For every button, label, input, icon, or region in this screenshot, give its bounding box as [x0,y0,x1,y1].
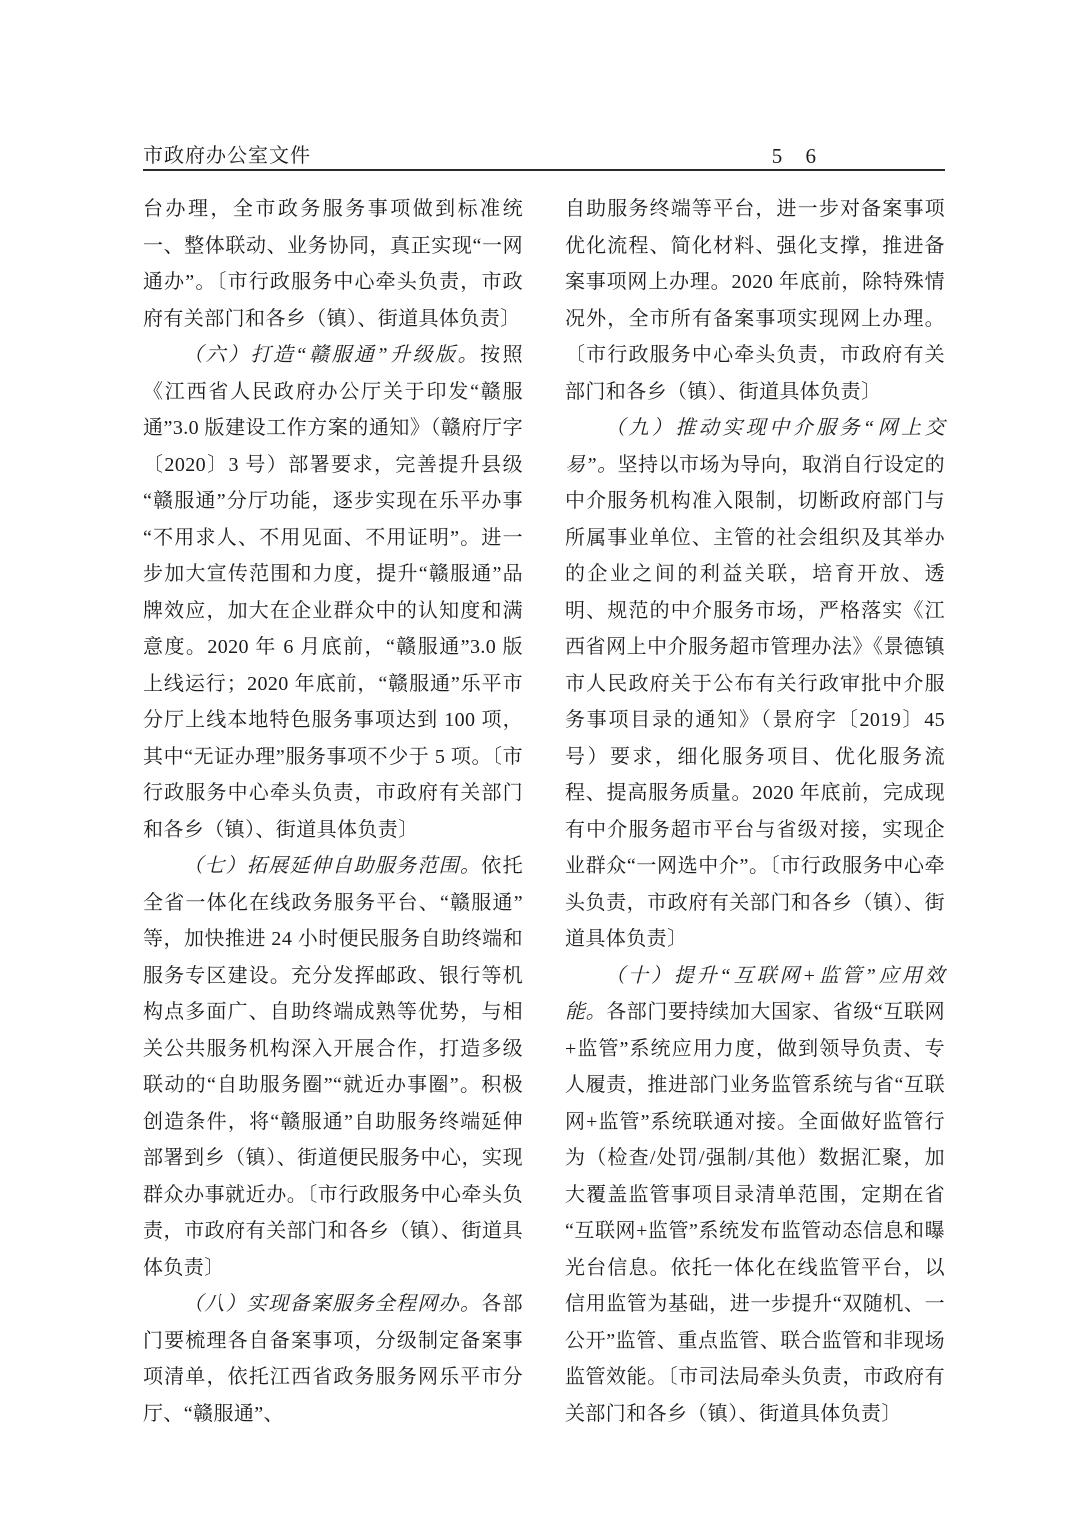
body-text: 坚持以市场为导向，取消自行设定的中介服务机构准入限制，切断政府部门与所属事业单位… [565,454,945,951]
body-text: 依托全省一体化在线政务服务平台、“赣服通”等，加快推进 24 小时便民服务自助终… [143,855,523,1279]
section-heading: （八）实现备案服务全程网办。 [183,1293,481,1315]
paragraph: （六）打造“赣服通”升级版。按照《江西省人民政府办公厅关于印发“赣服通”3.0 … [143,337,523,848]
document-page: 市政府办公室文件 5 6 台办理，全市政务服务事项做到标准统一、整体联动、业务协… [0,0,1074,1520]
body-text: 按照《江西省人民政府办公厅关于印发“赣服通”3.0 版建设工作方案的通知》（赣府… [143,344,523,841]
section-heading: （六）打造“赣服通”升级版。 [183,344,480,366]
body-text: 自助服务终端等平台，进一步对备案事项优化流程、简化材料、强化支撑，推进备案事项网… [565,198,945,403]
paragraph: （七）拓展延伸自助服务范围。依托全省一体化在线政务服务平台、“赣服通”等，加快推… [143,848,523,1286]
page-header: 市政府办公室文件 5 6 [143,140,945,171]
left-column: 台办理，全市政务服务事项做到标准统一、整体联动、业务协同，真正实现“一网通办”。… [143,191,523,1432]
paragraph: 自助服务终端等平台，进一步对备案事项优化流程、简化材料、强化支撑，推进备案事项网… [565,191,945,410]
body-text: 台办理，全市政务服务事项做到标准统一、整体联动、业务协同，真正实现“一网通办”。… [143,198,523,330]
paragraph: （九）推动实现中介服务“网上交易”。坚持以市场为导向，取消自行设定的中介服务机构… [565,410,945,958]
document-header-title: 市政府办公室文件 [143,143,311,169]
paragraph: 台办理，全市政务服务事项做到标准统一、整体联动、业务协同，真正实现“一网通办”。… [143,191,523,337]
section-heading: （七）拓展延伸自助服务范围。 [183,855,481,877]
paragraph: （十）提升“互联网+监管”应用效能。各部门要持续加大国家、省级“互联网+监管”系… [565,958,945,1433]
right-column: 自助服务终端等平台，进一步对备案事项优化流程、简化材料、强化支撑，推进备案事项网… [565,191,945,1432]
paragraph: （八）实现备案服务全程网办。各部门要梳理各自备案事项，分级制定备案事项清单，依托… [143,1286,523,1432]
document-body: 台办理，全市政务服务事项做到标准统一、整体联动、业务协同，真正实现“一网通办”。… [143,191,945,1432]
page-number: 5 6 [772,143,945,169]
body-text: 各部门要持续加大国家、省级“互联网+监管”系统应用力度，做到领导负责、专人履责，… [565,1001,945,1425]
